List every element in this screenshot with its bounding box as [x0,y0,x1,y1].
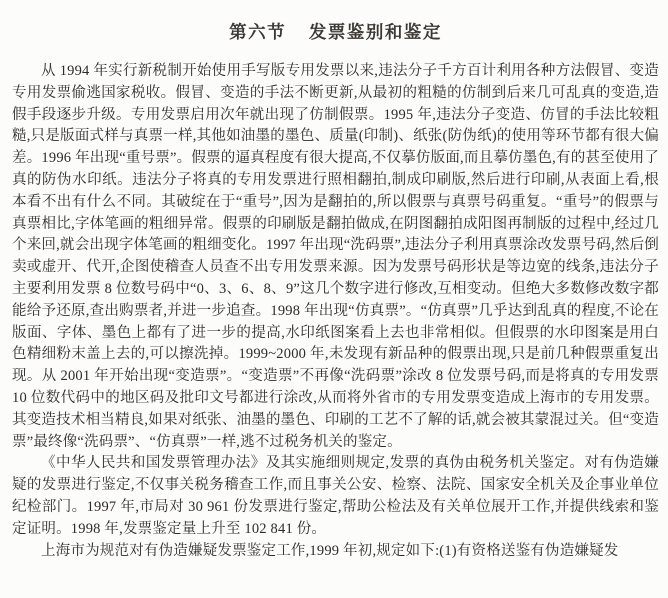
document-page: 第六节发票鉴别和鉴定 从 1994 年实行新税制开始使用手写版专用发票以来,违法… [0,0,668,598]
document-body: 从 1994 年实行新税制开始使用手写版专用发票以来,违法分子千方百计利用各种方… [12,61,659,562]
section-name: 发票鉴别和鉴定 [309,22,442,42]
section-title: 第六节发票鉴别和鉴定 [12,19,659,44]
paragraph: 《中华人民共和国发票管理办法》及其实施细则规定,发票的真伪由税务机关鉴定。对有伪… [12,453,659,540]
paragraph: 上海市为规范对有伪造嫌疑发票鉴定工作,1999 年初,规定如下:(1)有资格送鉴… [12,541,659,563]
section-number: 第六节 [229,22,286,42]
paragraph: 从 1994 年实行新税制开始使用手写版专用发票以来,违法分子千方百计利用各种方… [12,61,659,453]
